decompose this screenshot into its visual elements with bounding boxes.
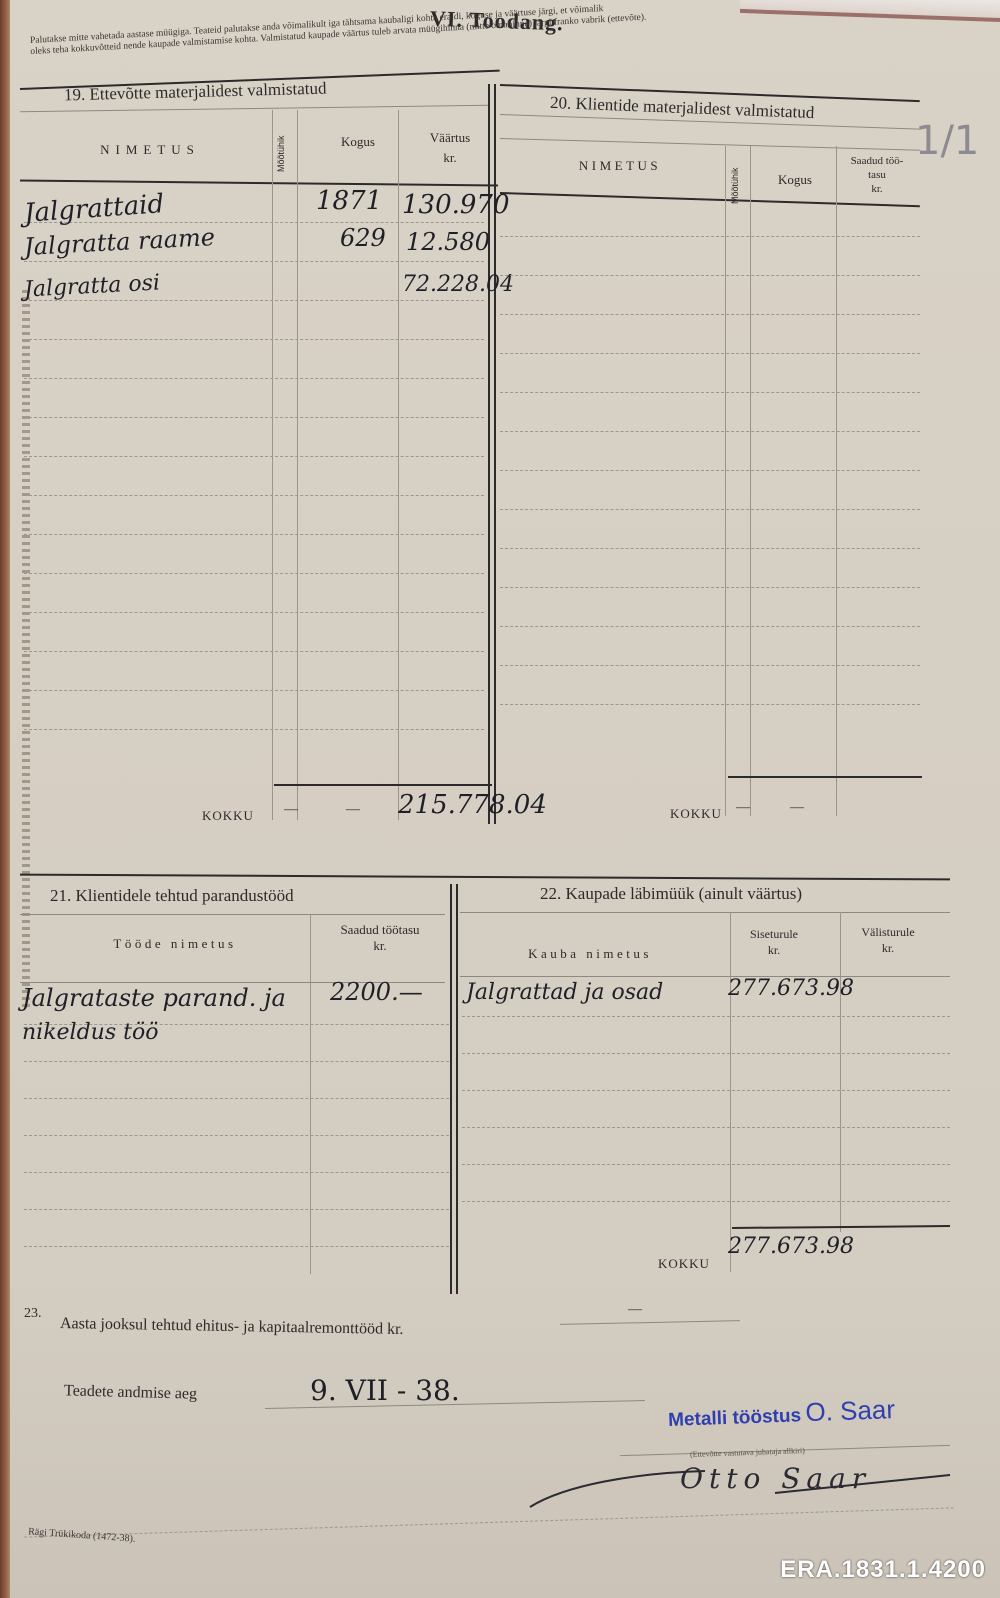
- section19-row1-value: 130.970: [402, 190, 510, 220]
- section23-value: —: [628, 1302, 642, 1318]
- section19-row2-quantity: 629: [340, 224, 386, 252]
- section19-header-value-label: Väärtus: [405, 130, 495, 146]
- section21-title: 21. Klientidele tehtud parandustööd: [50, 886, 294, 906]
- section19-row1-quantity: 1871: [316, 186, 382, 216]
- section19-row3-value: 72.228.04: [402, 272, 514, 297]
- section20-total-quantity: —: [790, 800, 804, 816]
- section22-row1-name: Jalgrattad ja osad: [466, 980, 663, 1005]
- section19-header-quantity: Kogus: [310, 134, 406, 150]
- section20-total-label: KOKKU: [670, 806, 722, 822]
- section19-header-value: Väärtus kr.: [405, 130, 495, 166]
- section19-header-name: NIMETUS: [50, 142, 250, 158]
- section22-total-domestic: 277.673.98: [728, 1234, 854, 1259]
- section21-header-fee: Saadud töötasu kr.: [310, 922, 450, 954]
- section21-row1-name: Jalgrataste parand. ja: [22, 984, 286, 1012]
- section22-header-foreign: Välisturule kr.: [830, 924, 946, 956]
- stamp-name: O. Saar: [805, 1394, 896, 1427]
- section20-header-fee-line1: Saadud töö-: [835, 154, 919, 168]
- section-divider-21-22-a: [450, 884, 452, 1294]
- section20-header-fee-line2: tasu: [835, 168, 919, 182]
- section19-header-rule: [20, 179, 498, 186]
- margin-annotation: 1/1: [915, 118, 979, 164]
- date-label: Teadete andmise aeg: [64, 1382, 197, 1403]
- section19-header-unit: Mõõtühik: [276, 110, 286, 172]
- section22-total-label: KOKKU: [658, 1256, 710, 1272]
- section21-title-rule: [20, 914, 445, 915]
- section20-header-fee: Saadud töö- tasu kr.: [835, 154, 919, 196]
- section19-total-unit: —: [284, 802, 298, 818]
- section22-title: 22. Kaupade läbimüük (ainult väärtus): [540, 884, 802, 904]
- section22-header-name: Kauba nimetus: [465, 946, 715, 962]
- section22-header-domestic-label: Siseturule: [718, 926, 830, 942]
- section19-title: 19. Ettevõtte materjalidest valmistatud: [64, 79, 327, 106]
- mid-page-rule: [20, 874, 950, 881]
- section20-header-fee-unit: kr.: [835, 182, 919, 196]
- form-page: VI. Toodang. Palutakse mitte vahetada aa…: [10, 0, 1000, 1598]
- section23-label: Aasta jooksul tehtud ehitus- ja kapitaal…: [60, 1315, 404, 1339]
- section19-total-rule: [274, 784, 492, 786]
- section22-row1-domestic: 277.673.98: [728, 976, 854, 1001]
- section22-header-foreign-label: Välisturule: [830, 924, 946, 940]
- section22-header-rule: [460, 976, 950, 977]
- section20-header-name: NIMETUS: [530, 158, 710, 174]
- section20-title-rule: [500, 138, 920, 151]
- section-divider-21-22-b: [456, 884, 458, 1294]
- section21-row-rules: [24, 1024, 449, 1247]
- section19-row2-value: 12.580: [406, 228, 490, 256]
- section21-header-fee-label: Saadud töötasu: [310, 922, 450, 938]
- section21-row1-fee: 2200.—: [330, 978, 423, 1006]
- section20-total-unit: —: [736, 800, 750, 816]
- printer-note: Rägi Trükikoda (1472-38).: [28, 1526, 136, 1544]
- section20-header-unit: Mõõtühik: [730, 144, 740, 204]
- section21-row2-name: nikeldus töö: [22, 1020, 158, 1045]
- section19-title-rule: [20, 105, 488, 113]
- section20-total-rule: [728, 776, 922, 778]
- section20-title: 20. Klientide materjalidest valmistatud: [550, 93, 815, 123]
- section19-total-value: 215.778.04: [398, 790, 547, 820]
- stamp-prefix: Metalli tööstus: [668, 1405, 802, 1431]
- section23-value-line: [560, 1320, 740, 1325]
- section22-title-rule: [460, 912, 950, 913]
- section22-header-domestic-unit: kr.: [718, 942, 830, 958]
- section21-header-fee-unit: kr.: [310, 938, 450, 954]
- section22-header-domestic: Siseturule kr.: [718, 926, 830, 958]
- signature-flourish: [525, 1445, 955, 1515]
- section23-number: 23.: [24, 1306, 42, 1322]
- section20-row-rules: [500, 236, 920, 705]
- section20-header-quantity: Kogus: [750, 172, 840, 188]
- date-value: 9. VII - 38.: [310, 1374, 460, 1407]
- bottom-dotted-line: [24, 1507, 954, 1537]
- section21-header-name: Tööde nimetus: [30, 936, 320, 952]
- section19-total-quantity: —: [346, 802, 360, 818]
- section22-total-rule: [732, 1225, 950, 1229]
- company-stamp: Metalli tööstus O. Saar: [668, 1394, 896, 1433]
- section19-total-label: KOKKU: [202, 808, 254, 824]
- section22-header-foreign-unit: kr.: [830, 940, 946, 956]
- section19-header-value-unit: kr.: [405, 150, 495, 166]
- archive-reference: ERA.1831.1.4200: [780, 1556, 986, 1584]
- section22-row-rules: [462, 1016, 950, 1202]
